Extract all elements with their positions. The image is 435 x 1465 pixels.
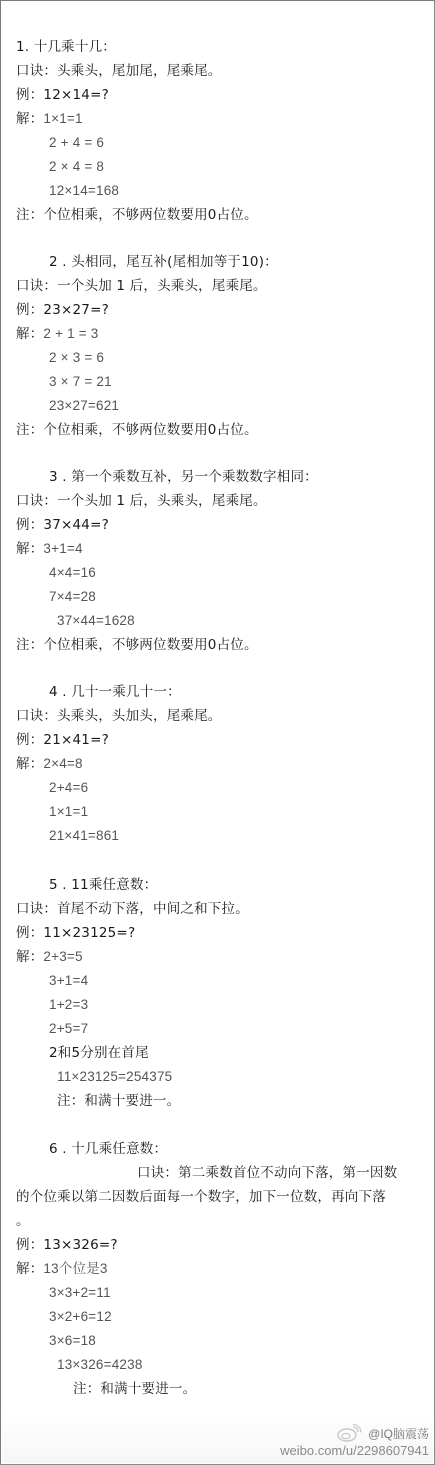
step: 13×326=4238 — [57, 1356, 143, 1374]
weibo-watermark: @IQ脑震荡 weibo.com/u/2298607941 — [280, 1424, 429, 1460]
section-5-example: 例：11×23125=? — [16, 924, 135, 942]
solution-label: 解： — [16, 1261, 43, 1277]
section-4-mnemonic: 口诀：头乘头，头加头，尾乘尾。 — [16, 707, 222, 725]
section-3-example: 例：37×44=? — [16, 516, 109, 534]
section-3-note: 注：个位相乘，不够两位数要用0占位。 — [16, 636, 258, 654]
step: 3×2+6=12 — [49, 1308, 112, 1326]
section-2-title: 2 . 头相同，尾互补(尾相加等于10)： — [49, 253, 278, 271]
section-2-note: 注：个位相乘，不够两位数要用0占位。 — [16, 421, 258, 439]
section-4-title: 4 . 几十一乘几十一： — [49, 683, 181, 701]
solution-label: 解： — [16, 111, 43, 127]
section-5-solution: 解：2+3=5 — [16, 948, 83, 966]
solution-label: 解： — [16, 326, 43, 342]
step: 21×41=861 — [49, 827, 119, 845]
step: 4×4=16 — [49, 564, 96, 582]
watermark-url: weibo.com/u/2298607941 — [280, 1442, 429, 1460]
document-page: 1. 十几乘十几： 口诀：头乘头，尾加尾，尾乘尾。 例：12×14=? 解：1×… — [0, 0, 435, 1465]
section-6-note: 注：和满十要进一。 — [73, 1380, 196, 1398]
weibo-logo-icon — [336, 1424, 362, 1442]
step: 1×1=1 — [49, 803, 88, 821]
watermark-handle-row: @IQ脑震荡 — [280, 1424, 429, 1442]
step: 7×4=28 — [49, 588, 96, 606]
step: 1+2=3 — [49, 996, 88, 1014]
step: 23×27=621 — [49, 397, 119, 415]
section-1-title: 1. 十几乘十几： — [16, 38, 116, 56]
section-3-solution: 解：3+1=4 — [16, 540, 83, 558]
section-3-mnemonic: 口诀：一个头加 1 后，头乘头，尾乘尾。 — [16, 492, 267, 510]
section-5-title: 5 . 11乘任意数： — [49, 876, 157, 894]
section-6-mnemonic-line1: 口诀：第二乘数首位不动向下落，第一因数 — [137, 1164, 397, 1182]
step: 2+5=7 — [49, 1020, 88, 1038]
section-2-example: 例：23×27=? — [16, 301, 109, 319]
step: 2 × 4 = 8 — [49, 158, 104, 176]
step: 3+1=4 — [43, 541, 82, 556]
section-6-example: 例：13×326=? — [16, 1236, 118, 1254]
step: 3×3+2=11 — [49, 1284, 111, 1302]
section-3-title: 3 . 第一个乘数互补，另一个乘数数字相同： — [49, 468, 318, 486]
section-4-example: 例：21×41=? — [16, 731, 109, 749]
section-2-solution: 解：2 + 1 = 3 — [16, 325, 99, 343]
section-6-mnemonic-line3: 。 — [16, 1212, 30, 1230]
section-2-mnemonic: 口诀：一个头加 1 后，头乘头，尾乘尾。 — [16, 277, 267, 295]
step: 2 × 3 = 6 — [49, 349, 104, 367]
step: 2和5分别在首尾 — [49, 1044, 149, 1062]
step: 1×1=1 — [43, 111, 82, 126]
section-6-title: 6 . 十几乘任意数： — [49, 1140, 167, 1158]
section-4-solution: 解：2×4=8 — [16, 755, 83, 773]
section-1-example: 例：12×14=? — [16, 86, 109, 104]
watermark-handle: @IQ脑震荡 — [368, 1427, 429, 1441]
solution-label: 解： — [16, 756, 43, 772]
section-5-mnemonic: 口诀：首尾不动下落，中间之和下拉。 — [16, 900, 249, 918]
section-1-solution: 解：1×1=1 — [16, 110, 83, 128]
step: 13个位是3 — [43, 1261, 107, 1276]
section-6-mnemonic-line2: 的个位乘以第二因数后面每一个数字，加下一位数，再向下落 — [16, 1188, 386, 1206]
section-6-solution: 解：13个位是3 — [16, 1260, 108, 1278]
step: 2+4=6 — [49, 779, 88, 797]
step: 2 + 4 = 6 — [49, 134, 104, 152]
step: 2+3=5 — [43, 949, 82, 964]
section-1-mnemonic: 口诀：头乘头，尾加尾，尾乘尾。 — [16, 62, 222, 80]
solution-label: 解： — [16, 949, 43, 965]
step: 3 × 7 = 21 — [49, 373, 112, 391]
section-1-note: 注：个位相乘，不够两位数要用0占位。 — [16, 206, 258, 224]
step: 2×4=8 — [43, 756, 82, 771]
step: 11×23125=254375 — [57, 1068, 172, 1086]
solution-label: 解： — [16, 541, 43, 557]
step: 3×6=18 — [49, 1332, 96, 1350]
step: 37×44=1628 — [57, 612, 135, 630]
step: 2 + 1 = 3 — [43, 326, 98, 341]
section-5-note: 注：和满十要进一。 — [57, 1092, 180, 1110]
step: 3+1=4 — [49, 972, 88, 990]
step: 12×14=168 — [49, 182, 119, 200]
